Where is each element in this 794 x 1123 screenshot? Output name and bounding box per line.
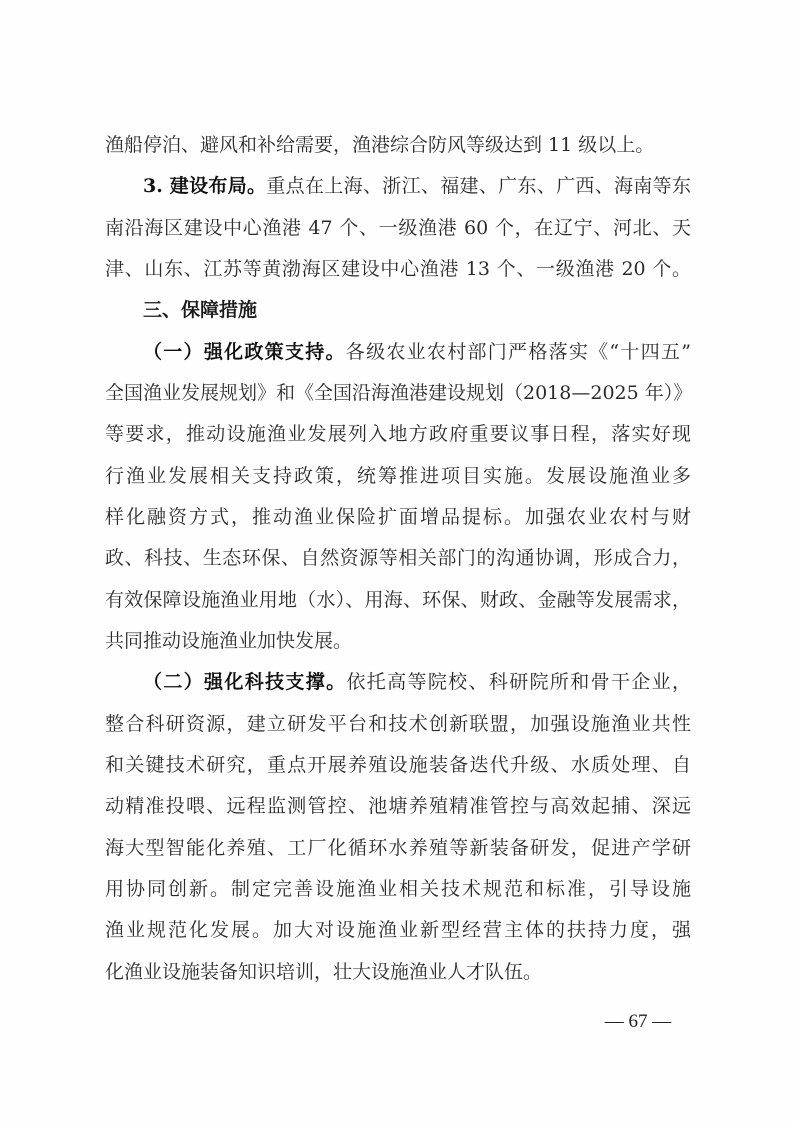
document-page: 渔船停泊、避风和补给需要，渔港综合防风等级达到 11 级以上。 3. 建设布局。… bbox=[0, 0, 794, 1123]
paragraph-line: 和关键技术研究，重点开展养殖设施装备迭代升级、水质处理、自 bbox=[105, 750, 691, 780]
paragraph-line: 样化融资方式，推动渔业保险扩面增品提标。加强农业农村与财 bbox=[105, 502, 691, 532]
paragraph-line: 共同推动设施渔业加快发展。 bbox=[105, 626, 691, 656]
paragraph-line: 有效保障设施渔业用地（水）、用海、环保、财政、金融等发展需求， bbox=[105, 585, 691, 615]
paragraph-line: 渔船停泊、避风和补给需要，渔港综合防风等级达到 11 级以上。 bbox=[105, 130, 691, 160]
paragraph-line: （一）强化政策支持。各级农业农村部门严格落实《“十四五” bbox=[143, 337, 691, 367]
paragraph-line: 动精准投喂、远程监测管控、池塘养殖精准管控与高效起捕、深远 bbox=[105, 791, 691, 821]
paragraph-line: 渔业规范化发展。加大对设施渔业新型经营主体的扶持力度，强 bbox=[105, 915, 691, 945]
paragraph-line: 政、科技、生态环保、自然资源等相关部门的沟通协调，形成合力， bbox=[105, 543, 691, 573]
paragraph-text: 各级农业农村部门严格落实《“十四五” bbox=[346, 341, 691, 363]
paragraph-line: 化渔业设施装备知识培训，壮大设施渔业人才队伍。 bbox=[105, 957, 691, 987]
page-number: — 67 — bbox=[596, 1009, 680, 1035]
paragraph-line: 整合科研资源，建立研发平台和技术创新联盟，加强设施渔业共性 bbox=[105, 709, 691, 739]
section-heading: 三、保障措施 bbox=[143, 295, 691, 325]
paragraph-text: 依托高等院校、科研院所和骨干企业， bbox=[346, 671, 691, 693]
paragraph-line: （二）强化科技支撑。依托高等院校、科研院所和骨干企业， bbox=[143, 667, 691, 697]
paragraph-line: 南沿海区建设中心渔港 47 个、一级渔港 60 个，在辽宁、河北、天 bbox=[105, 213, 691, 243]
subsection-lead: （二）强化科技支撑。 bbox=[143, 671, 346, 693]
paragraph-line: 全国渔业发展规划》和《全国沿海渔港建设规划（2018—2025 年）》 bbox=[105, 378, 691, 408]
section-lead: 3. 建设布局。 bbox=[143, 175, 266, 197]
paragraph-line: 行渔业发展相关支持政策，统筹推进项目实施。发展设施渔业多 bbox=[105, 461, 691, 491]
paragraph-line: 等要求，推动设施渔业发展列入地方政府重要议事日程，落实好现 bbox=[105, 419, 691, 449]
paragraph-text: 重点在上海、浙江、福建、广东、广西、海南等东 bbox=[266, 175, 691, 197]
paragraph-line: 3. 建设布局。重点在上海、浙江、福建、广东、广西、海南等东 bbox=[143, 171, 691, 201]
paragraph-line: 海大型智能化养殖、工厂化循环水养殖等新装备研发，促进产学研 bbox=[105, 833, 691, 863]
subsection-lead: （一）强化政策支持。 bbox=[143, 341, 346, 363]
paragraph-line: 用协同创新。制定完善设施渔业相关技术规范和标准，引导设施 bbox=[105, 874, 691, 904]
paragraph-line: 津、山东、江苏等黄渤海区建设中心渔港 13 个、一级渔港 20 个。 bbox=[105, 254, 691, 284]
